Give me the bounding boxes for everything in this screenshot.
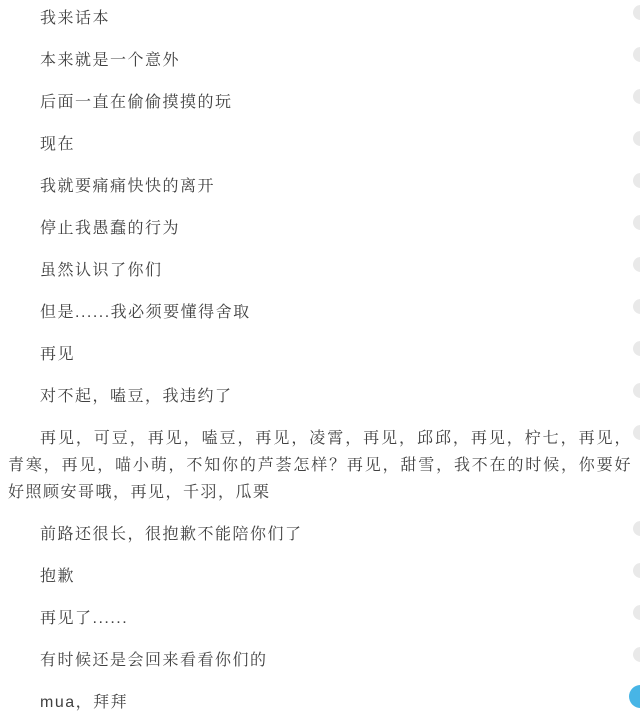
comment-bubble-icon[interactable] <box>633 521 640 536</box>
paragraph: 虽然认识了你们 <box>8 257 632 284</box>
paragraph: 再见了...... <box>8 605 632 632</box>
paragraph: 抱歉 <box>8 563 632 590</box>
paragraph-text: 前路还很长，很抱歉不能陪你们了 <box>40 526 303 543</box>
paragraph-text: 对不起，嗑豆，我违约了 <box>40 388 233 405</box>
paragraph: 后面一直在偷偷摸摸的玩 <box>8 89 632 116</box>
paragraph: 对不起，嗑豆，我违约了 <box>8 383 632 410</box>
paragraph: 本来就是一个意外 <box>8 47 632 74</box>
paragraph-text: 再见，可豆，再见，嗑豆，再见，凌霄，再见，邱邱，再见，柠七，再见，青寒，再见，喵… <box>8 430 632 501</box>
paragraph: mua，拜拜 <box>8 689 632 716</box>
paragraph-text: mua，拜拜 <box>40 694 128 711</box>
comment-bubble-icon[interactable] <box>633 47 640 62</box>
comment-bubble-icon[interactable] <box>633 89 640 104</box>
paragraph-text: 现在 <box>40 136 75 153</box>
paragraph: 我就要痛痛快快的离开 <box>8 173 632 200</box>
paragraph: 我来话本 <box>8 5 632 32</box>
paragraph: 但是......我必须要懂得舍取 <box>8 299 632 326</box>
paragraph: 停止我愚蠢的行为 <box>8 215 632 242</box>
comment-bubble-icon[interactable] <box>633 257 640 272</box>
comment-bubble-icon[interactable] <box>633 173 640 188</box>
paragraph-text: 但是......我必须要懂得舍取 <box>40 304 251 321</box>
paragraph-text: 再见了...... <box>40 610 128 627</box>
comment-bubble-icon[interactable] <box>633 5 640 20</box>
reader-page: 我来话本本来就是一个意外后面一直在偷偷摸摸的玩现在我就要痛痛快快的离开停止我愚蠢… <box>0 0 640 727</box>
comment-bubble-icon[interactable] <box>633 215 640 230</box>
paragraph-text: 我来话本 <box>40 10 110 27</box>
paragraph-text: 停止我愚蠢的行为 <box>40 220 180 237</box>
comment-bubble-active-icon[interactable] <box>629 685 640 708</box>
paragraph-text: 抱歉 <box>40 568 75 585</box>
comment-bubble-icon[interactable] <box>633 131 640 146</box>
comment-bubble-icon[interactable] <box>633 605 640 620</box>
paragraph: 再见 <box>8 341 632 368</box>
comment-bubble-icon[interactable] <box>633 341 640 356</box>
paragraph-text: 有时候还是会回来看看你们的 <box>40 652 268 669</box>
comment-bubble-icon[interactable] <box>633 647 640 662</box>
paragraph-text: 本来就是一个意外 <box>40 52 180 69</box>
comment-bubble-icon[interactable] <box>633 425 640 440</box>
paragraph: 前路还很长，很抱歉不能陪你们了 <box>8 521 632 548</box>
paragraph-text: 我就要痛痛快快的离开 <box>40 178 215 195</box>
comment-bubble-icon[interactable] <box>633 563 640 578</box>
comment-bubble-icon[interactable] <box>633 299 640 314</box>
chapter-content: 我来话本本来就是一个意外后面一直在偷偷摸摸的玩现在我就要痛痛快快的离开停止我愚蠢… <box>8 5 632 716</box>
paragraph-text: 后面一直在偷偷摸摸的玩 <box>40 94 233 111</box>
paragraph-text: 虽然认识了你们 <box>40 262 163 279</box>
comment-bubble-icon[interactable] <box>633 383 640 398</box>
paragraph: 再见，可豆，再见，嗑豆，再见，凌霄，再见，邱邱，再见，柠七，再见，青寒，再见，喵… <box>8 425 632 506</box>
paragraph-text: 再见 <box>40 346 75 363</box>
paragraph: 现在 <box>8 131 632 158</box>
paragraph: 有时候还是会回来看看你们的 <box>8 647 632 674</box>
